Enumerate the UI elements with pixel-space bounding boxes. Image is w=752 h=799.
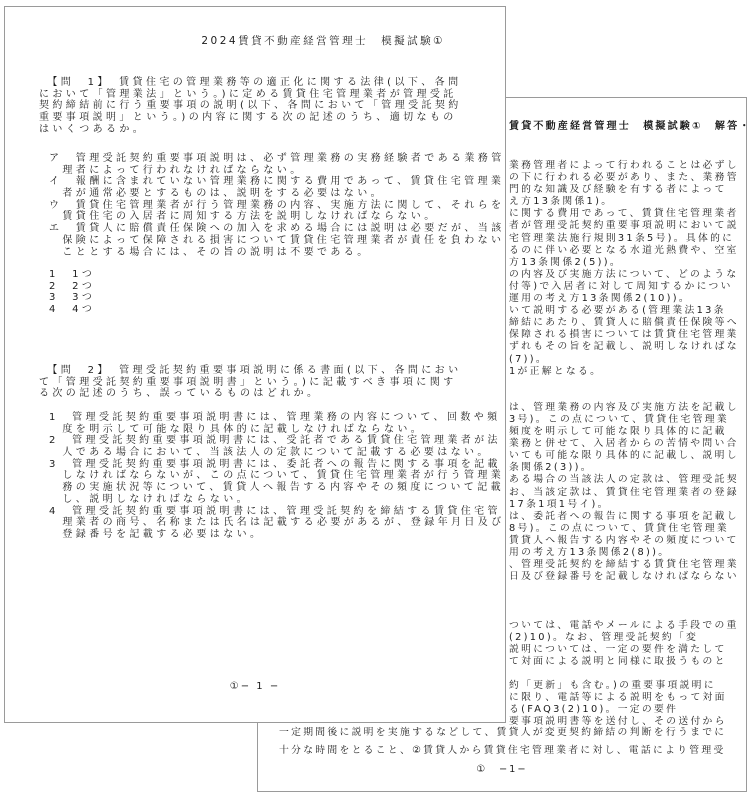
answer-text-line: るのに伴い必要となる水道光熱費や、空室: [509, 245, 739, 257]
option-text-line: 保険によって保障される損害について賃貸住宅管理業者が責任を負わない: [49, 235, 505, 247]
answer-body-clipped: 業務管理者によって行われることは必ずしの下に行われる必要があり、また、業務管門的…: [509, 160, 739, 728]
option-text-line: ア 管理受託契約重要事項説明は、必ず管理業務の実務経験者である業務管: [49, 153, 505, 165]
option-text-line: ウ 賃貸住宅管理業者が行う管理業務の内容、実施方法に関して、それらを: [49, 200, 505, 212]
answer-text-line: 宅管理業法施行規則31条5号)。具体的に: [509, 233, 739, 245]
question-text-line: る次の記述のうち、誤っているものはどれか。: [39, 388, 461, 400]
question-1-options: ア 管理受託契約重要事項説明は、必ず管理業務の実務経験者である業務管 理者によっ…: [49, 153, 505, 258]
answer-text-line: 者が管理受託契約重要事項説明において説: [509, 220, 739, 232]
answer-text-line: [509, 583, 739, 595]
answer-text-line: ついては、電話やメールによる手段での重: [509, 620, 739, 632]
question-text-line: 契約締結前に行う重要事項の説明(以下、各問において「管理受託契約: [39, 100, 462, 112]
answer-text-line: 賃貸人へ報告する内容やその頻度について: [509, 535, 739, 547]
answer-choice-line: 2 2つ: [49, 281, 95, 293]
question-text-line: 【問 1】 賃貸住宅の管理業務等の適正化に関する法律(以下、各問: [39, 77, 462, 89]
answer-choice-line: 4 4つ: [49, 304, 95, 316]
answer-text-line: 方13条関係2(5))。: [509, 257, 739, 269]
question-text-line: 重要事項説明」という。)の内容に関する次の記述のうち、適切なもの: [39, 112, 462, 124]
answer-text-line: 頻度を明示して可能な限り具体的に記載: [509, 426, 739, 438]
answer-text-line: 業務と併せて、入居者からの苦情や問い合: [509, 438, 739, 450]
answer-text-line: 用の考え方13条関係2(8))。: [509, 547, 739, 559]
answer-text-line: 門的な知識及び経験を有する者によって: [509, 184, 739, 196]
answer-text-line: て対面による説明と同様に取扱うものと: [509, 656, 739, 668]
question-text-line: において「管理業法」という。)に定める賃貸住宅管理業者が管理受託: [39, 89, 462, 101]
option-text-line: 4 管理受託契約重要事項説明書には、管理受託契約を締結する賃貸住宅管: [49, 506, 505, 518]
answer-text-line: [509, 378, 739, 390]
answer-text-line: ある場合の当該法人の定款は、管理受託契: [509, 474, 739, 486]
answer-text-line: お、当該定款は、賃貸住宅管理業者の登録: [509, 487, 739, 499]
answer-text-line: の内容及び実施方法について、どのような: [509, 269, 739, 281]
answer-text-line: は、管理業務の内容及び実施方法を記載し: [509, 402, 739, 414]
option-text-line: 務の実施状況等について、賃貸人へ報告する内容やその頻度について記載: [49, 482, 505, 494]
option-text-line: 理者によって行われなければならない。: [49, 165, 505, 177]
question-2-options: 1 管理受託契約重要事項説明書には、管理業務の内容について、回数や頻 度を明示し…: [49, 412, 505, 541]
option-text-line: 人である場合において、当該法人の定款について記載する必要はない。: [49, 447, 505, 459]
question-text-line: はいくつあるか。: [39, 124, 462, 136]
answer-text-line: 約「更新」も含む。)の重要事項説明に: [509, 680, 739, 692]
option-text-line: 3 管理受託契約重要事項説明書には、委託者への報告に関する事項を記載: [49, 459, 505, 471]
option-text-line: 登録番号を記載する必要はない。: [49, 529, 505, 541]
answer-choice-line: 1 1つ: [49, 269, 95, 281]
answer-choice-line: 3 3つ: [49, 292, 95, 304]
answer-text-line: え方13条関係1)。: [509, 196, 739, 208]
answer-text-line: 保障される損害については賃貸住宅管理業: [509, 329, 739, 341]
answer-text-line: 締結にあたり、賃貸人に賠償責任保険等へ: [509, 317, 739, 329]
answer-text-line: [509, 390, 739, 402]
answer-text-line: 8号)。この点について、賃貸住宅管理業: [509, 523, 739, 535]
answer-text-line: (2)10)。なお、管理受託契約「変: [509, 632, 739, 644]
answer-text-line: [509, 607, 739, 619]
answer-text-line: 3号)。この点について、賃貸住宅管理業: [509, 414, 739, 426]
screenshot-root: { "left_page": { "title": "2024賃貸不動産経営管理…: [0, 0, 752, 799]
option-text-line: 者が通常必要とするものは、説明をする必要はない。: [49, 188, 505, 200]
answer-text-line: いて説明する必要がある(管理業法13条: [509, 305, 739, 317]
option-text-line: 理業者の商号、名称または氏名は記載する必要があるが、登録年月日及び: [49, 517, 505, 529]
answer-text-line: 一定期間後に説明を実施するなどして、賃貸人が変更契約締結の判断を行うまでに: [279, 724, 726, 742]
option-text-line: こととする場合には、その旨の説明は不要である。: [49, 247, 505, 259]
answer-text-line: 十分な時間をとること、②賃貸人から賃貸住宅管理業者に対し、電話により管理受: [279, 742, 726, 760]
exam-page: 2024賃貸不動産経営管理士 模擬試験① 【問 1】 賃貸住宅の管理業務等の適正…: [4, 6, 506, 723]
answer-text-line: 説明については、一定の要件を満たして: [509, 644, 739, 656]
answer-text-line: 17条1項1号イ)。: [509, 499, 739, 511]
answer-text-line: の下に行われる必要があり、また、業務管: [509, 172, 739, 184]
answer-body-bottom: 一定期間後に説明を実施するなどして、賃貸人が変更契約締結の判断を行うまでに十分な…: [279, 724, 726, 760]
answer-text-line: 、管理受託契約を締結する賃貸住宅管理業: [509, 559, 739, 571]
option-text-line: 賃貸住宅の入居者に周知する方法を説明しなければならない。: [49, 211, 505, 223]
option-text-line: し、説明しなければならない。: [49, 494, 505, 506]
answer-text-line: 業務管理者によって行われることは必ずし: [509, 160, 739, 172]
option-text-line: イ 報酬に含まれていない管理業務に関する費用であって、賃貸住宅管理業: [49, 176, 505, 188]
answer-text-line: 付等)で入居者に対して周知するかについ: [509, 281, 739, 293]
answer-text-line: ずれもその旨を記載し、説明しなければな: [509, 341, 739, 353]
exam-page-number: ①− 1 −: [5, 681, 505, 692]
answer-text-line: 1が正解となる。: [509, 366, 739, 378]
option-text-line: エ 賃貸人に賠償責任保険への加入を求める場合には説明は必要だが、当該: [49, 223, 505, 235]
question-1-text: 【問 1】 賃貸住宅の管理業務等の適正化に関する法律(以下、各問において「管理業…: [39, 77, 462, 135]
answer-text-line: [509, 595, 739, 607]
option-text-line: 2 管理受託契約重要事項説明書には、受託者である賃貸住宅管理業者が法: [49, 435, 505, 447]
answer-text-line: いても可能な限り具体的に記載し、説明し: [509, 450, 739, 462]
option-text-line: 1 管理受託契約重要事項説明書には、管理業務の内容について、回数や頻: [49, 412, 505, 424]
answer-page-number: ① −1−: [258, 761, 746, 775]
question-text-line: 【問 2】 管理受託契約重要事項説明に係る書面(以下、各問におい: [39, 365, 461, 377]
answer-page-title: 賃貸不動産経営管理士 模擬試験① 解答・解説: [509, 117, 747, 132]
answer-text-line: る(FAQ3(2)10)。一定の要件: [509, 704, 739, 716]
question-2-text: 【問 2】 管理受託契約重要事項説明に係る書面(以下、各問において「管理受託契約…: [39, 365, 461, 400]
answer-text-line: に関する費用であって、賃貸住宅管理業者: [509, 208, 739, 220]
exam-title: 2024賃貸不動産経営管理士 模擬試験①: [201, 33, 445, 48]
answer-text-line: に限り、電話等による説明をもって対面: [509, 692, 739, 704]
option-text-line: しなければならないが、この点について、賃貸住宅管理業者が行う管理業: [49, 470, 505, 482]
answer-text-line: (7))。: [509, 354, 739, 366]
answer-text-line: [509, 668, 739, 680]
answer-text-line: は、委託者への報告に関する事項を記載し: [509, 511, 739, 523]
answer-text-line: 日及び登録番号を記載しなければならない: [509, 571, 739, 583]
answer-text-line: 運用の考え方13条関係2(10))。: [509, 293, 739, 305]
option-text-line: 度を明示して可能な限り具体的に記載しなければならない。: [49, 424, 505, 436]
question-text-line: て「管理受託契約重要事項説明書」という。)に記載すべき事項に関す: [39, 377, 461, 389]
question-1-answer-choices: 1 1つ2 2つ3 3つ4 4つ: [49, 269, 95, 316]
answer-text-line: 条関係2(3))。: [509, 462, 739, 474]
